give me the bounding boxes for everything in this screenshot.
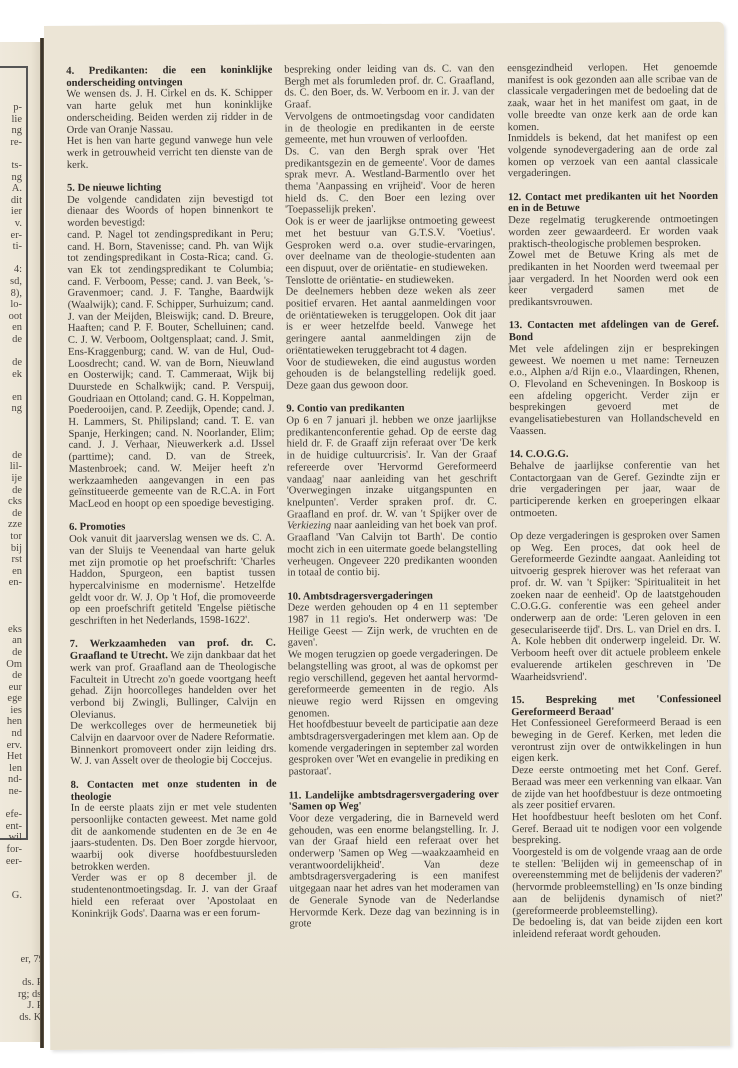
book-gutter [40,38,44,1048]
section: 9. Contio van predikantenOp 6 en 7 janua… [286,403,497,580]
text-run: Op 6 en 7 januari jl. hebben we onze jaa… [286,414,497,520]
section: bespreking onder leiding van ds. C. van … [284,63,496,392]
text-run: De werkcolleges over de hermeunetiek bij… [70,720,276,744]
text-run: Deze eerste ontmoeting met het Conf. Ger… [512,764,722,811]
text-run: Verder was er op 8 december jl. de stude… [71,872,277,919]
text-run: Het Confessioneel Gereformeerd Beraad is… [511,717,721,764]
text-run: Het is hen van harte gegund vanwege hun … [67,135,273,171]
text-fragment: de [0,508,22,520]
text-fragment: er- [0,230,22,242]
paragraph: Het hoofdbestuur beveelt de participatie… [288,719,498,779]
text-run: Deze regelmatig terugkerende ontmoetinge… [508,214,718,250]
text-fragment [0,438,22,450]
paragraph: Met vele afdelingen zijn er besprekingen… [509,343,720,438]
section-heading: 12. Contact met predikanten uit het Noor… [508,191,718,216]
text-fragment: en [0,566,22,578]
paragraph: De deelnemers hebben deze weken als zeer… [286,286,496,358]
text-fragment: ti- [0,241,22,253]
text-run: bespreking onder leiding van ds. C. van … [284,63,494,110]
text-fragment: rg; ds. [0,989,44,1001]
text-fragment: p- [0,102,22,114]
text-run: Voor deze vergadering, die in Barneveld … [289,812,500,930]
text-run: Vervolgens de ontmoetingsdag voor candid… [285,110,495,146]
section-heading: 13. Contacten met afdelingen van de Gere… [509,319,719,344]
paragraph: 7. Werkzaamheden van prof. dr. C. Graafl… [70,638,276,721]
section: 13. Contacten met afdelingen van de Gere… [509,319,720,437]
text-fragment: an [0,635,22,647]
text-run: cand. P. Nagel tot zendingspredikant in … [67,228,275,509]
text-fragment: de [0,334,22,346]
paragraph: Deze eerste ontmoeting met het Conf. Ger… [512,764,722,812]
section-heading: 15. Bespreking met 'Confessioneel Gerefo… [511,694,721,719]
column-1: 4. Predikanten: die een koninklijke onde… [66,65,277,932]
paragraph: We wensen ds. J. H. Cirkel en ds. K. Sch… [66,88,272,136]
paragraph: Op 6 en 7 januari jl. hebben we onze jaa… [286,414,497,579]
column-3: eensgezindheid verlopen. Het genoemde ma… [507,62,722,953]
paragraph: Het is hen van harte gegund vanwege hun … [67,135,273,171]
text-fragment: en [0,322,22,334]
text-fragment: lie [0,114,22,126]
paragraph: Verder was er op 8 december jl. de stude… [71,872,277,920]
paragraph: Deze regelmatig terugkerende ontmoetinge… [508,214,718,250]
text-fragment [0,380,22,392]
text-fragment [0,612,22,624]
text-fragment: de [0,670,22,682]
text-fragment: for- [0,844,22,856]
text-fragment [0,427,22,439]
text-run: De bedoeling is, dat van beide zijden ee… [512,916,722,940]
text-run: Inmiddels is bekend, dat het manifest op… [508,132,718,179]
text-fragment: ne- [0,786,22,798]
section: 11. Landelijke ambtsdragersvergadering o… [289,789,500,931]
text-fragment: ek [0,369,22,381]
text-fragment: bij [0,543,22,555]
text-fragment: tor [0,531,22,543]
paragraph: Voor de studieweken, die eind augustus w… [286,356,496,392]
text-fragment [0,798,22,810]
text-fragment: dit [0,195,22,207]
text-fragment [0,415,22,427]
paragraph: Het hoofdbestuur heeft besloten om het C… [512,811,722,847]
text-fragment: ds. K. [0,1012,44,1024]
text-fragment: v. [0,218,22,230]
text-fragment: de [0,485,22,497]
text-fragment [0,879,22,891]
text-run: De deelnemers hebben deze weken als zeer… [286,286,496,357]
paragraph: Zowel met de Betuwe Kring als met de pre… [508,249,718,309]
paragraph: De volgende candidaten zijn bevestigd to… [67,193,273,229]
document-page: 4. Predikanten: die een koninklijke onde… [44,22,730,1050]
text-fragment [0,345,22,357]
text-fragment: ng [0,403,22,415]
text-run: In de eerste plaats zijn er met vele stu… [71,802,277,873]
text-fragment [0,253,22,265]
paragraph: Voorgesteld is om de volgende vraag aan … [512,846,722,918]
section: 15. Bespreking met 'Confessioneel Gerefo… [511,694,722,941]
text-fragment: de [0,450,22,462]
text-run: Op deze vergaderingen is gesproken over … [510,530,721,683]
text-fragment: cks [0,496,22,508]
column-2: bespreking onder leiding van ds. C. van … [284,63,499,942]
text-fragment: re- [0,137,22,149]
text-fragment: eks [0,624,22,636]
text-fragment: ng [0,172,22,184]
paragraph: We mogen terugzien op goede vergaderinge… [288,648,498,720]
section-heading: 4. Predikanten: die een koninklijke onde… [66,65,272,90]
text-fragment: efe- [0,809,22,821]
text-fragment: nd- [0,774,22,786]
section: eensgezindheid verlopen. Het genoemde ma… [507,62,718,180]
paragraph: eensgezindheid verlopen. Het genoemde ma… [507,62,717,134]
text-fragment [0,966,44,978]
text-fragment: ege [0,693,22,705]
text-fragment: eur [0,682,22,694]
text-fragment: ts- [0,160,22,172]
text-fragment: 4: [0,264,22,276]
text-fragment: ng [0,125,22,137]
paragraph: Voor deze vergadering, die in Barneveld … [289,812,500,930]
paragraph: cand. P. Nagel tot zendingspredikant in … [67,228,275,510]
italic-term: Verkiezing [287,521,331,532]
text-fragment: A. [0,183,22,195]
text-run: Deze werden gehouden op 4 en 11 septembe… [288,602,498,649]
text-fragment: hen [0,716,22,728]
paragraph: Het Confessioneel Gereformeerd Beraad is… [511,717,721,765]
paragraph: De werkcolleges over de hermeunetiek bij… [70,720,276,745]
text-run: Ook is er weer de jaarlijkse ontmoeting … [285,215,495,274]
text-fragment [0,601,22,613]
section-heading: 8. Contacten met onze studenten in de th… [71,778,277,803]
text-fragment: eer- [0,856,22,868]
paragraph: Binnenkort promoveert onder zijn leiding… [70,743,276,768]
section: Op deze vergaderingen is gesproken over … [510,530,721,683]
text-fragment [0,148,22,160]
text-run: Het hoofdbestuur beveelt de participatie… [288,719,498,778]
text-fragment: Het [0,751,22,763]
text-fragment: rst [0,554,22,566]
text-run: Ook vanuit dit jaarverslag wensen we ds.… [69,533,275,627]
text-fragment: ies [0,705,22,717]
paragraph: De bedoeling is, dat van beide zijden ee… [512,916,722,941]
section: 12. Contact met predikanten uit het Noor… [508,191,719,309]
text-fragment: de [0,647,22,659]
text-fragment: lo- [0,299,22,311]
text-fragment: 8), [0,288,22,300]
text-fragment: len [0,763,22,775]
text-run: We mogen terugzien op goede vergaderinge… [288,648,498,719]
text-run: De volgende candidaten zijn bevestigd to… [67,193,273,229]
text-run: Met vele afdelingen zijn er besprekingen… [509,343,719,437]
section: 14. C.O.G.G.Behalve de jaarlijkse confer… [510,448,720,520]
paragraph: Ook vanuit dit jaarverslag wensen we ds.… [69,533,276,628]
text-fragment: ier [0,206,22,218]
text-fragment [0,867,22,879]
text-fragment: ds. P. [0,977,44,989]
text-run: Voorgesteld is om de volgende vraag aan … [512,846,722,917]
section: 6. PromotiesOok vanuit dit jaarverslag w… [69,521,276,628]
section-heading: 11. Landelijke ambtsdragersvergadering o… [289,789,499,814]
text-fragment: oot [0,311,22,323]
text-fragment: Om [0,659,22,671]
text-run: Tenslotte de oriëntatie- en studieweken. [286,274,454,286]
paragraph: Deze werden gehouden op 4 en 11 septembe… [288,602,498,650]
text-fragment: G. [0,890,22,902]
text-fragment: zze [0,519,22,531]
section: 5. De nieuwe lichtingDe volgende candida… [67,182,275,511]
text-fragment: wil [0,832,22,844]
text-fragment: ent- [0,821,22,833]
text-run: Voor de studieweken, die eind augustus w… [286,356,496,392]
previous-page-text-fragments-boxed: p-liengre- ts-ngA.ditierv.er-ti- 4:sd,8)… [0,102,22,902]
text-run: Ds. C. van den Bergh sprak over 'Het pre… [285,145,495,216]
text-fragment: lil- [0,461,22,473]
text-fragment: erv. [0,740,22,752]
paragraph: Inmiddels is bekend, dat het manifest op… [508,132,718,180]
section: 10. AmbtsdragersvergaderingenDeze werden… [287,590,498,779]
paragraph: Behalve de jaarlijkse conferentie van he… [510,460,720,520]
text-fragment [0,589,22,601]
paragraph: In de eerste plaats zijn er met vele stu… [71,802,277,873]
text-fragment: er, 79 [0,954,44,966]
text-run: eensgezindheid verlopen. Het genoemde ma… [507,62,717,133]
paragraph: Ook is er weer de jaarlijkse ontmoeting … [285,215,495,275]
text-fragment: nd [0,728,22,740]
text-run: Binnenkort promoveert onder zijn leiding… [70,743,276,767]
section: 4. Predikanten: die een koninklijke onde… [66,65,273,172]
text-fragment: en- [0,577,22,589]
text-fragment: J. P. [0,1000,44,1012]
text-fragment: en [0,392,22,404]
section: 8. Contacten met onze studenten in de th… [71,778,278,920]
paragraph: Op deze vergaderingen is gesproken over … [510,530,721,683]
text-fragment: sd, [0,276,22,288]
section: 7. Werkzaamheden van prof. dr. C. Graafl… [70,638,277,768]
text-run: Het hoofdbestuur heeft besloten om het C… [512,811,722,847]
text-run: We wensen ds. J. H. Cirkel en ds. K. Sch… [66,88,272,135]
text-fragment: ije [0,473,22,485]
paragraph: Ds. C. van den Bergh sprak over 'Het pre… [285,145,495,217]
text-run: Behalve de jaarlijkse conferentie van he… [510,460,720,519]
text-fragment: de [0,357,22,369]
previous-page-text-fragments-below: er, 79 ds. P.rg; ds.J. P.ds. K. [0,954,44,1024]
paragraph: Vervolgens de ontmoetingsdag voor candid… [285,110,495,146]
paragraph: bespreking onder leiding van ds. C. van … [284,63,494,111]
previous-page-edge: p-liengre- ts-ngA.ditierv.er-ti- 4:sd,8)… [0,42,44,1042]
text-run: Zowel met de Betuwe Kring als met de pre… [508,249,718,308]
